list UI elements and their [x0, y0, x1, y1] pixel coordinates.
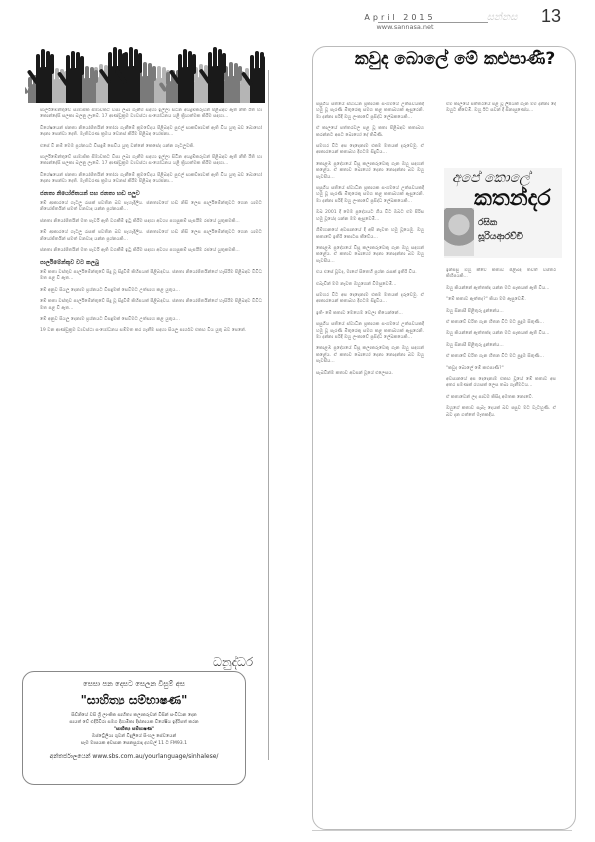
bottom-divider: [312, 830, 572, 831]
paragraph: සැබවින්ම කතාව අවසන් වූයේ එලෙසය.: [316, 371, 424, 377]
hand-icon: [205, 43, 227, 103]
hand-icon: [247, 47, 265, 103]
column-headline: කවුද බොලේ මේ කළුපාණී?: [340, 49, 570, 69]
paragraph: ඔහුගේ කතාව සැබෑ දෙයක් බව පසුව මට වැටහුණි…: [446, 406, 556, 419]
paragraph: විශේෂයෙන් ජනතා නියෝජිතයින් තෝරා ගැනීමේ ක…: [40, 173, 262, 186]
ad-text: සෑම මාසයක අවසාන සෙනසුරාදා දහවල් 11 ට FM9…: [33, 740, 235, 747]
website-url[interactable]: www.sannasa.net: [360, 23, 450, 31]
paragraph: මේ ආකාරයේ ගැටලු රැසක් පවතින බව පැහැදිලිය…: [40, 230, 262, 243]
author-photo: [444, 208, 474, 256]
section-heading: ජනතා නියෝජිතයන් සහ ජනතා හඬ පලුව: [40, 191, 262, 197]
column-label-script: අපේ කොලේ: [452, 170, 530, 186]
paragraph: ඔහු කියන්නේ ඇත්තක්ද යන්න මට සැකයක් ඇති ව…: [446, 331, 556, 337]
radio-program-ad: සෙසා පන දෙසට සෙලන විසුම් අස "සාහිත්‍ය සම…: [22, 671, 246, 785]
paragraph: කොළඹ ප්‍රදේශයේ විසූ කලාකරුවෙකු ගැන ඔහු ස…: [316, 346, 424, 365]
column-divider: [268, 70, 269, 760]
paragraph: පසුගිය සතියේ ස්වාධීන ප්‍රකාශක සංගමයේ උත්…: [316, 322, 424, 341]
section-heading: පාර්ලිමේන්තුව වට කලබු: [40, 260, 262, 266]
paragraph: මේ අනුව සියලු දෙනාම ප්‍රශ්නයට විසඳුමක් ස…: [40, 288, 262, 294]
paragraph: ගිම්හානයේ අවසානයේ දී අපි නැවත හමු වූයෙමු…: [316, 228, 424, 241]
column-author-block: අපේ කොලේ කතන්දර රසික සූරියආරච්චි: [444, 168, 562, 258]
hand-icon: [121, 43, 143, 103]
paragraph: ඔහු කියන්නේ ඇත්තක්ද යන්න මට සැකයක් ඇති ව…: [446, 286, 556, 292]
author-signature: ධනුද්ධර: [213, 655, 253, 670]
ad-highlight: "සාහිත්‍ය සම්භාෂණ": [33, 726, 235, 733]
paragraph: "කවුද බොලේ මේ කළුපාණී?": [446, 366, 556, 372]
paragraph: සමහර විට අප දෙදෙනාම එකම මතයක් දැරුවෙමු. …: [316, 144, 424, 157]
paragraph: ඔබ 2001 දී මෙම ප්‍රදේශයට ගිය විට ඔබට එම …: [316, 210, 424, 223]
ad-text: සිඩ්නියේ වසි ශ්‍රී ලාංකික සාහිත්‍ය කලාකර…: [33, 712, 235, 719]
raised-hands-banner: [25, 35, 265, 103]
paragraph: ජනතා නියෝජිතයින් මත පැවරී ඇති වගකීම් ඉටු…: [40, 248, 262, 254]
hand-icon: [175, 45, 197, 103]
left-article: පාර්ලිමේන්තුවේ සාමාජික සීමාවකට වීසා ලබා …: [40, 108, 262, 658]
paragraph: ඒ කතාවේ චරිත ගැන හිතන විට මට පුදුම සිතුණ…: [446, 320, 556, 326]
paragraph: ඒ කතාවෙන් ලද පාඩම කිසිදා අමතක නොවේ.: [446, 395, 556, 401]
hand-icon: [63, 47, 85, 103]
author-first-name: රසික: [478, 218, 497, 228]
paragraph: ඒ කතාවේ චරිත ගැන හිතන විට මට පුදුම සිතුණ…: [446, 354, 556, 360]
page-number: 13: [541, 6, 561, 27]
paragraph: විශේෂයෙන් ජනතා නියෝජිතයින් තෝරා ගැනීමේ ක…: [40, 126, 262, 139]
paragraph: "මේ කතාව ඇත්තද?" කියා මම ඇසුවෙමි.: [446, 297, 556, 303]
newspaper-logo: සන්නස: [478, 12, 526, 28]
paragraph: පසුගිය සතියේ ස්වාධීන ප්‍රකාශක සංගමයේ උත්…: [316, 186, 424, 205]
paragraph: මේ අනුව සියලු දෙනාම ප්‍රශ්නයට විසඳුමක් ස…: [40, 317, 262, 323]
ad-title: "සාහිත්‍ය සම්භාෂණ": [23, 693, 245, 708]
column-label: කතන්දර: [474, 186, 551, 211]
paragraph: මේ කතා වස්තුව පාර්ලිමේන්තුවේ සිදු වූ සිද…: [40, 270, 262, 283]
column-middle-text: පසුගිය සතියේ ස්වාධීන ප්‍රකාශක සංගමයේ උත්…: [316, 102, 424, 817]
paragraph: ඉන්පසු ඔහු කීවේ කතාව පිළිබඳ තවත් විස්තර …: [446, 268, 556, 281]
paragraph: පාර්ලිමේන්තුවේ සාමාජික සීමාවකට වීසා ලබා …: [40, 155, 262, 168]
paragraph: අවසානයේ අප දෙදෙනාම එකඟ වූයේ මේ කතාව අප අ…: [446, 377, 556, 390]
paragraph: පාර්ලිමේන්තුවේ සාමාජික සීමාවකට වීසා ලබා …: [40, 108, 262, 121]
issue-date: April 2015: [355, 13, 445, 22]
ad-text: ඔස්ට්‍රේලියා ගුවන් විදුලියේ සිංහල සේවයෙන…: [33, 733, 235, 740]
column-right-text: ඉන්පසු ඔහු කීවේ කතාව පිළිබඳ තවත් විස්තර …: [446, 268, 556, 698]
ad-tagline: සෙසා පන දෙසට සෙලන විසුම් අස: [23, 680, 245, 689]
paragraph: ජනතා නියෝජිතයින් මත පැවරී ඇති වගකීම් ඉටු…: [40, 219, 262, 225]
paragraph: කොළඹ ප්‍රදේශයේ විසූ කලාකරුවෙකු ගැන ඔහු ස…: [316, 162, 424, 181]
paragraph: ඉතිං මේ කතාව මෙහෙම වෙලා තියෙන්නේ...: [316, 311, 424, 317]
paragraph: එසේ වී නම් මෙම ප්‍රශ්නයට විසඳුම් සෙවිය ය…: [40, 144, 262, 150]
paragraph: 19 වන ආණ්ඩුක්‍රම ව්‍යවස්ථා සංශෝධනය සම්මත…: [40, 328, 262, 334]
column-right-intro: එම කාලයේ පත්තරයේ පළ වූ ලිපියක් ගැන මම දන…: [446, 102, 556, 162]
paragraph: මේ කතා වස්තුව පාර්ලිමේන්තුවේ සිදු වූ සිද…: [40, 299, 262, 312]
paragraph: ඔහු සිනාසී පිළිතුරු දුන්නේය...: [446, 309, 556, 315]
paragraph: එම කාලයේ පත්තරයේ පළ වූ ලිපියක් ගැන මම දන…: [446, 102, 556, 115]
paragraph: පසුගිය සතියේ ස්වාධීන ප්‍රකාශක සංගමයේ උත්…: [316, 102, 424, 121]
hand-icon: [33, 45, 55, 103]
paragraph: කොළඹ ප්‍රදේශයේ විසූ කලාකරුවෙකු ගැන ඔහු ස…: [316, 246, 424, 265]
paragraph: එබැවින් මම නැවත ඔහුගෙන් විමසුවෙමි...: [316, 282, 424, 288]
paragraph: ඔහු සිනාසී පිළිතුරු දුන්නේය...: [446, 343, 556, 349]
paragraph: සමහර විට අප දෙදෙනාම එකම මතයක් දැරුවෙමු. …: [316, 293, 424, 306]
paragraph: මේ ආකාරයේ ගැටලු රැසක් පවතින බව පැහැදිලිය…: [40, 201, 262, 214]
ad-text: සායත් වේ එදිරිවිරා සමග දිගාමිකා දිස්නායක…: [33, 719, 235, 726]
author-last-name: සූරියආරච්චි: [478, 232, 523, 242]
paragraph: එය එසේ වූවද, මාගේ සිතෙහි ප්‍රශ්න රැසක් ඉ…: [316, 270, 424, 276]
ad-url-link[interactable]: අන්තර්ජාලයෙන් www.sbs.com.au/yourlanguag…: [23, 753, 245, 761]
paragraph: ඒ කාලයේ පත්තරවල පළ වූ කතා පිළිබඳව කතාබහ …: [316, 126, 424, 139]
